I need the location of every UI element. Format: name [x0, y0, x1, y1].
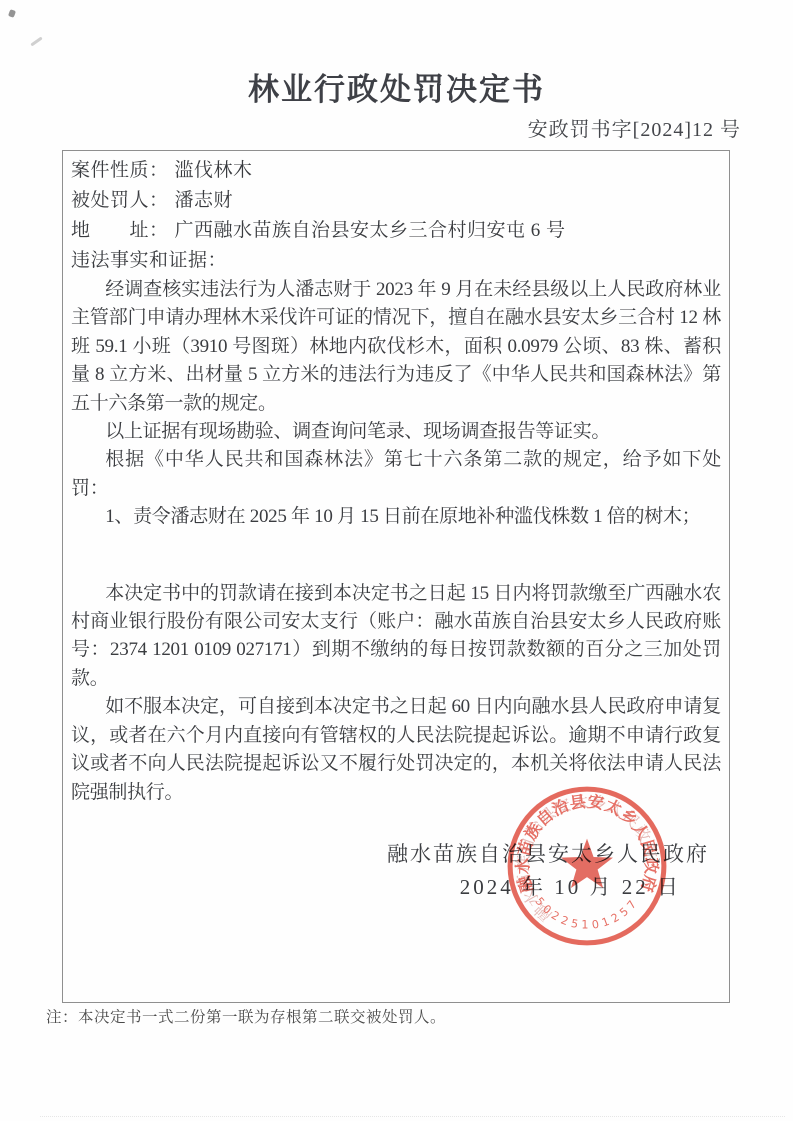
footnote: 注：本决定书一式二份第一联为存根第二联交被处罚人。: [46, 1005, 446, 1027]
facts-paragraph: 经调查核实违法行为人潘志财于 2023 年 9 月在未经县级以上人民政府林业主管…: [71, 276, 721, 418]
scan-artifact: [30, 37, 42, 47]
scan-artifact-line: [40, 1116, 785, 1117]
seal-main-impression: 融水苗族自治县安太乡人民政府 4502251012579: [500, 779, 664, 943]
field-punished-person: 被处罚人：潘志财: [71, 186, 721, 216]
evidence-paragraph: 以上证据有现场勘验、调查询问笔录、现场调查报告等证实。: [71, 418, 721, 446]
seal-star-icon: [561, 839, 613, 888]
scanned-document-page: 林业行政处罚决定书 安政罚书字[2024]12 号 案件性质：滥伐林木 被处罚人…: [0, 0, 793, 1121]
field-address: 地 址：广西融水苗族自治县安太乡三合村归安屯 6 号: [71, 216, 721, 246]
penalty-item-paragraph: 1、责令潘志财在 2025 年 10 月 15 日前在原地补种滥伐株数 1 倍的…: [71, 503, 721, 531]
payment-paragraph: 本决定书中的罚款请在接到本决定书之日起 15 日内将罚款缴至广西融水农村商业银行…: [71, 580, 721, 694]
field-value: 广西融水苗族自治县安太乡三合村归安屯 6 号: [175, 220, 566, 241]
section-facts-label: 违法事实和证据：: [71, 246, 721, 276]
field-value: 滥伐林木: [175, 160, 253, 181]
official-seal: 融水苗族自治县安太乡人民政府 融水苗族自治县安太乡人民政府 4502251012…: [500, 779, 674, 953]
legal-basis-paragraph: 根据《中华人民共和国森林法》第七十六条第二款的规定，给予如下处罚：: [71, 446, 721, 503]
scan-artifact: [8, 9, 16, 18]
doc-number: 安政罚书字[2024]12 号: [528, 113, 741, 142]
field-label: 被处罚人：: [71, 190, 169, 211]
page-title: 林业行政处罚决定书: [0, 64, 793, 109]
field-label: 案件性质：: [71, 160, 169, 181]
field-label: 地 址：: [71, 220, 169, 241]
field-case-nature: 案件性质：滥伐林木: [71, 156, 721, 186]
field-value: 潘志财: [175, 190, 234, 211]
